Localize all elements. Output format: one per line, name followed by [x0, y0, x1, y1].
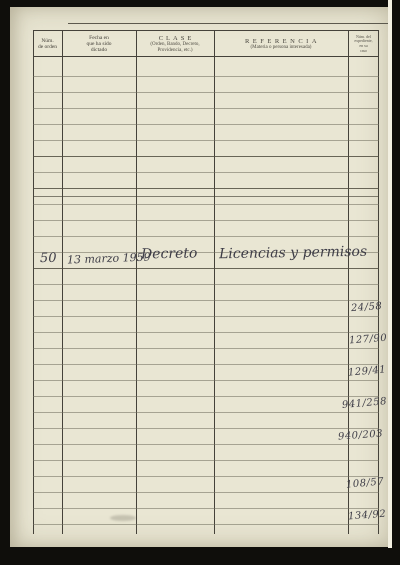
ink-smudge: [110, 515, 136, 521]
header-text: caso: [360, 49, 367, 54]
ledger-table: Núm. de orden Fecha en que ha sido dicta…: [33, 30, 379, 534]
ruled-line-dark: [33, 196, 379, 197]
ruled-line-dark: [33, 268, 379, 269]
ruled-line-dark: [33, 156, 379, 157]
paper: Núm. de orden Fecha en que ha sido dicta…: [10, 7, 388, 547]
margin-number: 129/41: [348, 364, 387, 378]
scanned-page: Núm. de orden Fecha en que ha sido dicta…: [0, 0, 400, 565]
entry-num-orden: 50: [40, 251, 57, 266]
header-text: REFERENCIA: [242, 38, 320, 45]
ruled-line-dark: [33, 188, 379, 189]
header-text: CLASE: [156, 35, 195, 42]
margin-number: 127/90: [349, 333, 388, 347]
header-num-expediente: Núm. del expediente, en su caso: [348, 31, 379, 56]
header-text: dictado: [91, 47, 107, 53]
entry-clase: Decreto: [141, 246, 198, 263]
header-clase: CLASE (Orden, Bando, Decreto, Providenci…: [136, 31, 214, 56]
header-fecha: Fecha en que ha sido dictado: [62, 31, 136, 56]
header-referencia: REFERENCIA (Materia o persona interesada…: [214, 31, 348, 56]
margin-number: 134/92: [348, 509, 387, 523]
table-header-row: Núm. de orden Fecha en que ha sido dicta…: [33, 31, 379, 57]
header-text: (Materia o persona interesada): [251, 45, 312, 51]
ruled-lines: [33, 61, 379, 525]
entry-referencia: Licencias y permisos: [219, 244, 367, 263]
margin-number: 24/58: [351, 301, 383, 314]
top-rule: [68, 23, 388, 24]
header-text: de orden: [38, 44, 57, 50]
scan-edge-sliver: [388, 0, 392, 548]
header-text: Providencia, etc.): [157, 48, 192, 54]
header-num-orden: Núm. de orden: [33, 31, 62, 56]
